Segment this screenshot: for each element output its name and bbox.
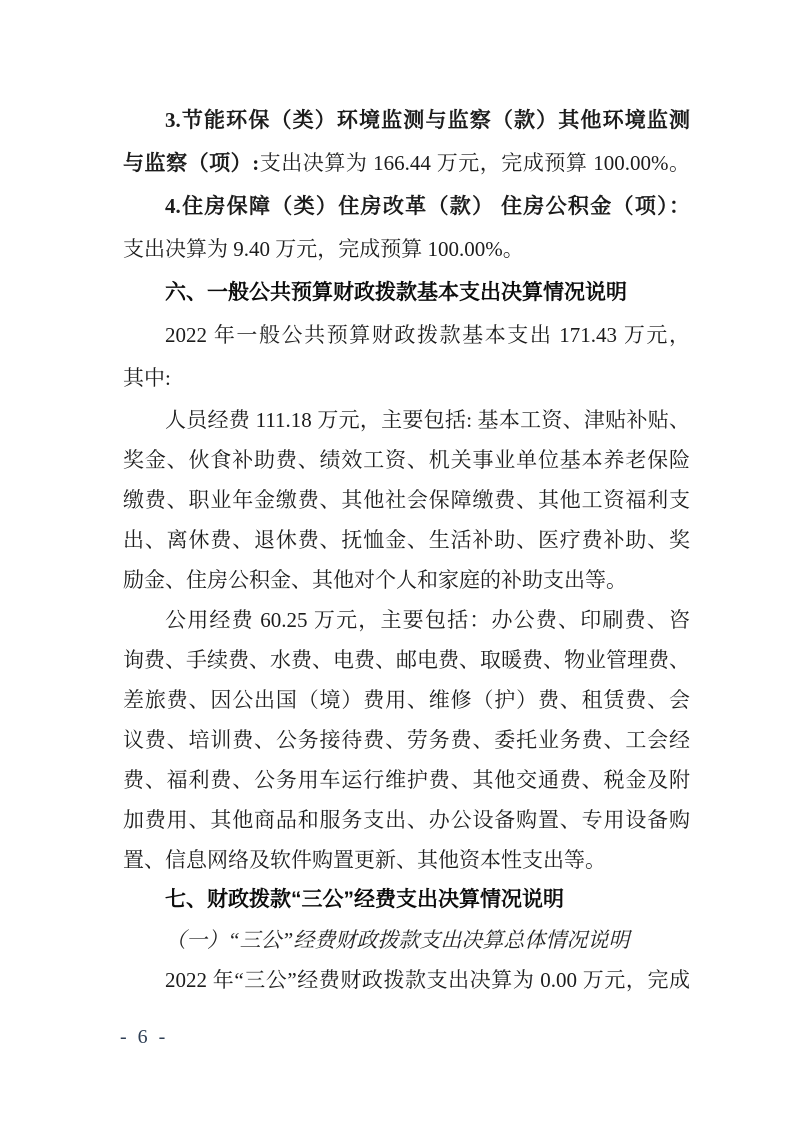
heading-section-7: 七、财政拨款“三公”经费支出决算情况说明 [123, 880, 690, 920]
line-sangong-total: 2022 年“三公”经费财政拨款支出决算为 0.00 万元，完成 [123, 960, 690, 1000]
page-number: - 6 - [120, 1022, 168, 1052]
line-item3-detail-text: 支出决算为 166.44 万元，完成预算 100.00%。 [259, 151, 690, 175]
line-item4-title: 4.住房保障（类）住房改革（款） 住房公积金（项）： [123, 185, 690, 228]
line-public-expense-6: 加费用、其他商品和服务支出、办公设备购置、专用设备购 [123, 800, 690, 840]
document-body: 3.节能环保（类）环境监测与监察（款）其他环境监测 与监察（项）:支出决算为 1… [123, 99, 690, 1000]
line-sangong-overview-title-text: （一）“三公”经费财政拨款支出决算总体情况说明 [165, 928, 629, 952]
line-personnel-expense-4: 出、离休费、退休费、抚恤金、生活补助、医疗费补助、奖 [123, 520, 690, 560]
line-public-expense-2: 询费、手续费、水费、电费、邮电费、取暖费、物业管理费、 [123, 640, 690, 680]
line-item4-detail: 支出决算为 9.40 万元，完成预算 100.00%。 [123, 228, 690, 271]
line-item4-title-bold: 4.住房保障（类）住房改革（款） 住房公积金（项）： [165, 194, 690, 218]
line-public-expense-3: 差旅费、因公出国（境）费用、维修（护）费、租赁费、会 [123, 680, 690, 720]
line-public-expense-7-text: 置、信息网络及软件购置更新、其他资本性支出等。 [123, 848, 606, 872]
line-personnel-expense-5-text: 励金、住房公积金、其他对个人和家庭的补助支出等。 [123, 568, 627, 592]
line-sangong-total-text: 2022 年“三公”经费财政拨款支出决算为 0.00 万元，完成 [165, 968, 690, 992]
line-personnel-expense-4-text: 出、离休费、退休费、抚恤金、生活补助、医疗费补助、奖 [123, 528, 690, 552]
heading-section-7-bold: 七、财政拨款“三公”经费支出决算情况说明 [165, 888, 564, 911]
line-public-expense-4-text: 议费、培训费、公务接待费、劳务费、委托业务费、工会经 [123, 728, 690, 752]
line-personnel-expense-3-text: 缴费、职业年金缴费、其他社会保障缴费、其他工资福利支 [123, 488, 690, 512]
line-public-expense-6-text: 加费用、其他商品和服务支出、办公设备购置、专用设备购 [123, 808, 690, 832]
line-public-expense-2-text: 询费、手续费、水费、电费、邮电费、取暖费、物业管理费、 [123, 648, 690, 672]
line-personnel-expense-2-text: 奖金、伙食补助费、绩效工资、机关事业单位基本养老保险 [123, 448, 690, 472]
line-public-expense-1-text: 公用经费 60.25 万元，主要包括：办公费、印刷费、咨 [165, 608, 690, 632]
heading-section-6-bold: 六、一般公共预算财政拨款基本支出决算情况说明 [165, 281, 627, 304]
line-personnel-expense-1-text: 人员经费 111.18 万元，主要包括: 基本工资、津贴补贴、 [165, 408, 690, 432]
line-personnel-expense-3: 缴费、职业年金缴费、其他社会保障缴费、其他工资福利支 [123, 480, 690, 520]
heading-section-6: 六、一般公共预算财政拨款基本支出决算情况说明 [123, 271, 690, 314]
line-including-text: 其中: [123, 366, 171, 390]
line-personnel-expense-2: 奖金、伙食补助费、绩效工资、机关事业单位基本养老保险 [123, 440, 690, 480]
line-public-expense-1: 公用经费 60.25 万元，主要包括：办公费、印刷费、咨 [123, 600, 690, 640]
line-item3-detail: 与监察（项）:支出决算为 166.44 万元，完成预算 100.00%。 [123, 142, 690, 185]
line-item3-title-bold: 3.节能环保（类）环境监测与监察（款）其他环境监测 [165, 108, 690, 132]
line-public-expense-3-text: 差旅费、因公出国（境）费用、维修（护）费、租赁费、会 [123, 688, 690, 712]
line-basic-expense-total-text: 2022 年一般公共预算财政拨款基本支出 171.43 万元， [165, 323, 690, 347]
line-personnel-expense-1: 人员经费 111.18 万元，主要包括: 基本工资、津贴补贴、 [123, 400, 690, 440]
line-item3-detail-bold: 与监察（项）: [123, 151, 259, 175]
line-public-expense-4: 议费、培训费、公务接待费、劳务费、委托业务费、工会经 [123, 720, 690, 760]
line-personnel-expense-5: 励金、住房公积金、其他对个人和家庭的补助支出等。 [123, 560, 690, 600]
line-sangong-overview-title: （一）“三公”经费财政拨款支出决算总体情况说明 [123, 920, 690, 960]
line-public-expense-7: 置、信息网络及软件购置更新、其他资本性支出等。 [123, 840, 690, 880]
line-including: 其中: [123, 357, 690, 400]
line-basic-expense-total: 2022 年一般公共预算财政拨款基本支出 171.43 万元， [123, 314, 690, 357]
line-public-expense-5: 费、福利费、公务用车运行维护费、其他交通费、税金及附 [123, 760, 690, 800]
line-item4-detail-text: 支出决算为 9.40 万元，完成预算 100.00%。 [123, 237, 524, 261]
line-public-expense-5-text: 费、福利费、公务用车运行维护费、其他交通费、税金及附 [123, 768, 690, 792]
document-page: 3.节能环保（类）环境监测与监察（款）其他环境监测 与监察（项）:支出决算为 1… [0, 0, 793, 1122]
line-item3-title: 3.节能环保（类）环境监测与监察（款）其他环境监测 [123, 99, 690, 142]
